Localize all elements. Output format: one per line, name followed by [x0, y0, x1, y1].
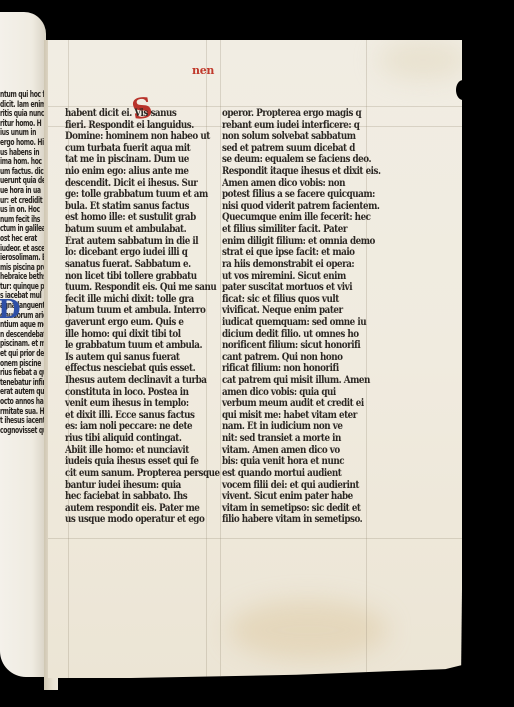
text-line: cognovisset quia iam mul: [0, 426, 46, 436]
recto-page: nen S habent dicit ei. Vis sanus fieri. …: [48, 40, 462, 678]
text-line: erat autem quidam homo: [0, 387, 46, 397]
text-line: um factus. dic: [0, 167, 46, 177]
text-line: octo annos habens in: [0, 397, 46, 407]
text-line: ritis quia nunc: [0, 109, 46, 119]
text-line: ur: et credidit: [0, 196, 46, 206]
text-line: ritur homo. H: [0, 119, 46, 129]
text-line: tur: quinque por: [0, 282, 46, 292]
text-line: uerunt quia de: [0, 176, 46, 186]
text-line: ost hec erat: [0, 234, 46, 244]
text-line: tenebatur infirmitate: [0, 378, 46, 388]
text-line: rmitate sua. Hunc: [0, 407, 46, 417]
right-column: operor. Propterea ergo magis q rebant eu…: [222, 108, 364, 526]
text-line: us habens in: [0, 148, 46, 158]
text-line: ue hora in ua: [0, 186, 46, 196]
text-line: filio habere vitam in semetipso.: [222, 514, 366, 526]
text-line: ergo homo. Hic: [0, 138, 46, 148]
text-line: us in on. Hoc: [0, 205, 46, 215]
left-page: ntum qui hoc fecit dicit. Iam enim d rit…: [0, 12, 46, 677]
text-line: piscinam. et mov: [0, 339, 46, 349]
running-head: nen: [192, 64, 214, 77]
page-edge-notch: [456, 80, 470, 100]
text-line: iudeor. et ascen: [0, 244, 46, 254]
text-line: n descendebat se: [0, 330, 46, 340]
text-line: et qui prior desce: [0, 349, 46, 359]
text-line: onem piscine: [0, 359, 46, 369]
edge-stain: [378, 40, 468, 80]
text-line: dicit. Iam enim d: [0, 100, 46, 110]
ruling-line: [220, 40, 221, 678]
text-line: rius fiebat a quacum: [0, 368, 46, 378]
left-page-text: ntum qui hoc fecit dicit. Iam enim d rit…: [0, 90, 44, 435]
text-line: ius unum in: [0, 128, 46, 138]
text-line: ntum qui hoc fecit: [0, 90, 46, 100]
text-line: us usque modo operatur et ego: [65, 514, 209, 526]
text-line: hebraice bethsa: [0, 272, 46, 282]
text-line: t ihesus iacentem: [0, 416, 46, 426]
left-column: habent dicit ei. Vis sanus fieri. Respon…: [65, 108, 207, 526]
text-line: ima hom. hoc: [0, 157, 46, 167]
text-line: mis piscina pro: [0, 263, 46, 273]
text-line: ctum in galilea: [0, 224, 46, 234]
water-stain: [228, 600, 388, 660]
ruling-line: [48, 538, 462, 539]
text-line: ierosolimam. Est: [0, 253, 46, 263]
blue-initial-letter: D: [0, 296, 12, 324]
text-line: num fecit ihs: [0, 215, 46, 225]
